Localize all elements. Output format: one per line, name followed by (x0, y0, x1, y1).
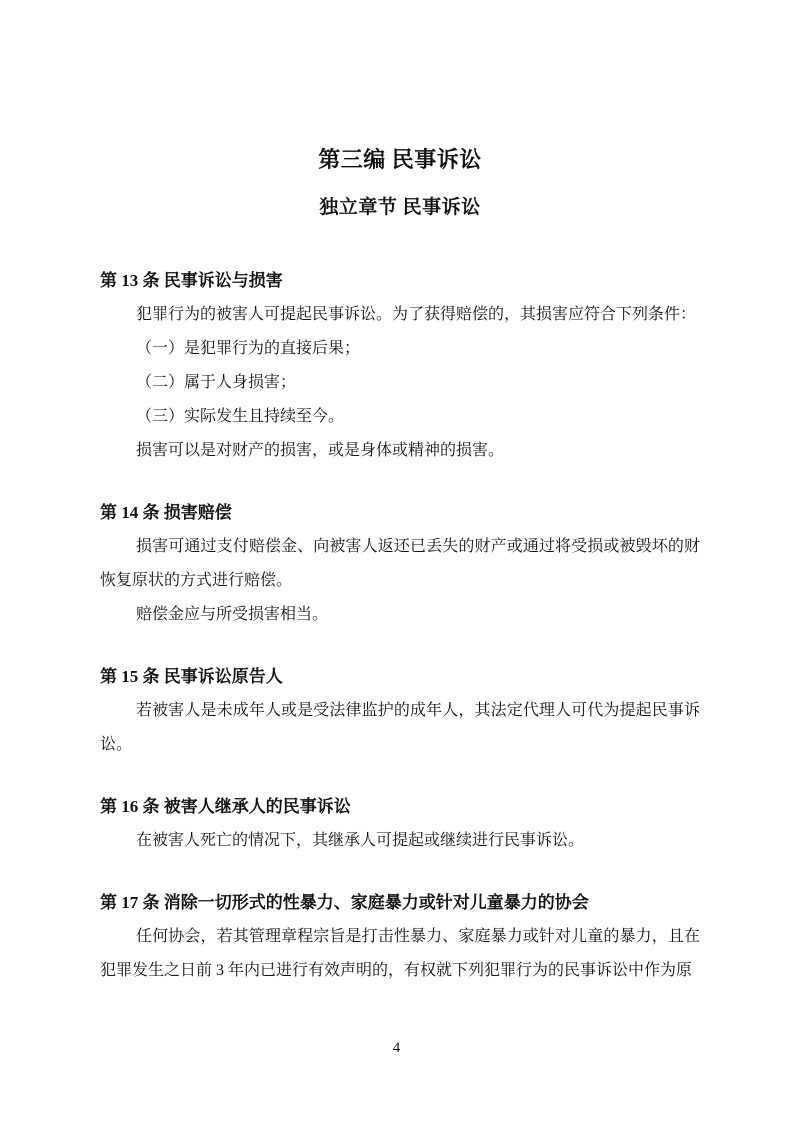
article-paragraph: 若被害人是未成年人或是受法律监护的成年人，其法定代理人可代为提起民事诉讼。 (100, 694, 700, 762)
document-page: 第三编 民事诉讼 独立章节 民事诉讼 第 13 条 民事诉讼与损害 犯罪行为的被… (0, 0, 793, 1122)
article-paragraph: 任何协会，若其管理章程宗旨是打击性暴力、家庭暴力或针对儿童的暴力，且在犯罪发生之… (100, 920, 700, 988)
article-section-14: 第 14 条 损害赔偿 损害可通过支付赔偿金、向被害人返还已丢失的财产或通过将受… (100, 496, 700, 632)
article-heading: 第 14 条 损害赔偿 (100, 496, 700, 530)
article-heading: 第 15 条 民事诉讼原告人 (100, 660, 700, 694)
article-section-16: 第 16 条 被害人继承人的民事诉讼 在被害人死亡的情况下，其继承人可提起或继续… (100, 790, 700, 858)
article-paragraph: 损害可通过支付赔偿金、向被害人返还已丢失的财产或通过将受损或被毁坏的财恢复原状的… (100, 530, 700, 598)
page-number: 4 (0, 1038, 793, 1058)
article-paragraph: 犯罪行为的被害人可提起民事诉讼。为了获得赔偿的，其损害应符合下列条件： (100, 298, 700, 332)
doc-subtitle: 独立章节 民事诉讼 (100, 196, 700, 220)
article-section-13: 第 13 条 民事诉讼与损害 犯罪行为的被害人可提起民事诉讼。为了获得赔偿的，其… (100, 264, 700, 468)
article-list-item: （三）实际发生且持续至今。 (100, 400, 700, 434)
article-list-item: （一）是犯罪行为的直接后果； (100, 332, 700, 366)
article-paragraph: 赔偿金应与所受损害相当。 (100, 598, 700, 632)
article-paragraph: 在被害人死亡的情况下，其继承人可提起或继续进行民事诉讼。 (100, 824, 700, 858)
article-heading: 第 16 条 被害人继承人的民事诉讼 (100, 790, 700, 824)
article-heading: 第 17 条 消除一切形式的性暴力、家庭暴力或针对儿童暴力的协会 (100, 886, 700, 920)
document-content: 第三编 民事诉讼 独立章节 民事诉讼 第 13 条 民事诉讼与损害 犯罪行为的被… (100, 0, 700, 988)
article-section-15: 第 15 条 民事诉讼原告人 若被害人是未成年人或是受法律监护的成年人，其法定代… (100, 660, 700, 762)
doc-title: 第三编 民事诉讼 (100, 147, 700, 173)
article-heading: 第 13 条 民事诉讼与损害 (100, 264, 700, 298)
article-section-17: 第 17 条 消除一切形式的性暴力、家庭暴力或针对儿童暴力的协会 任何协会，若其… (100, 886, 700, 988)
article-list-item: （二）属于人身损害； (100, 366, 700, 400)
article-paragraph: 损害可以是对财产的损害，或是身体或精神的损害。 (100, 434, 700, 468)
